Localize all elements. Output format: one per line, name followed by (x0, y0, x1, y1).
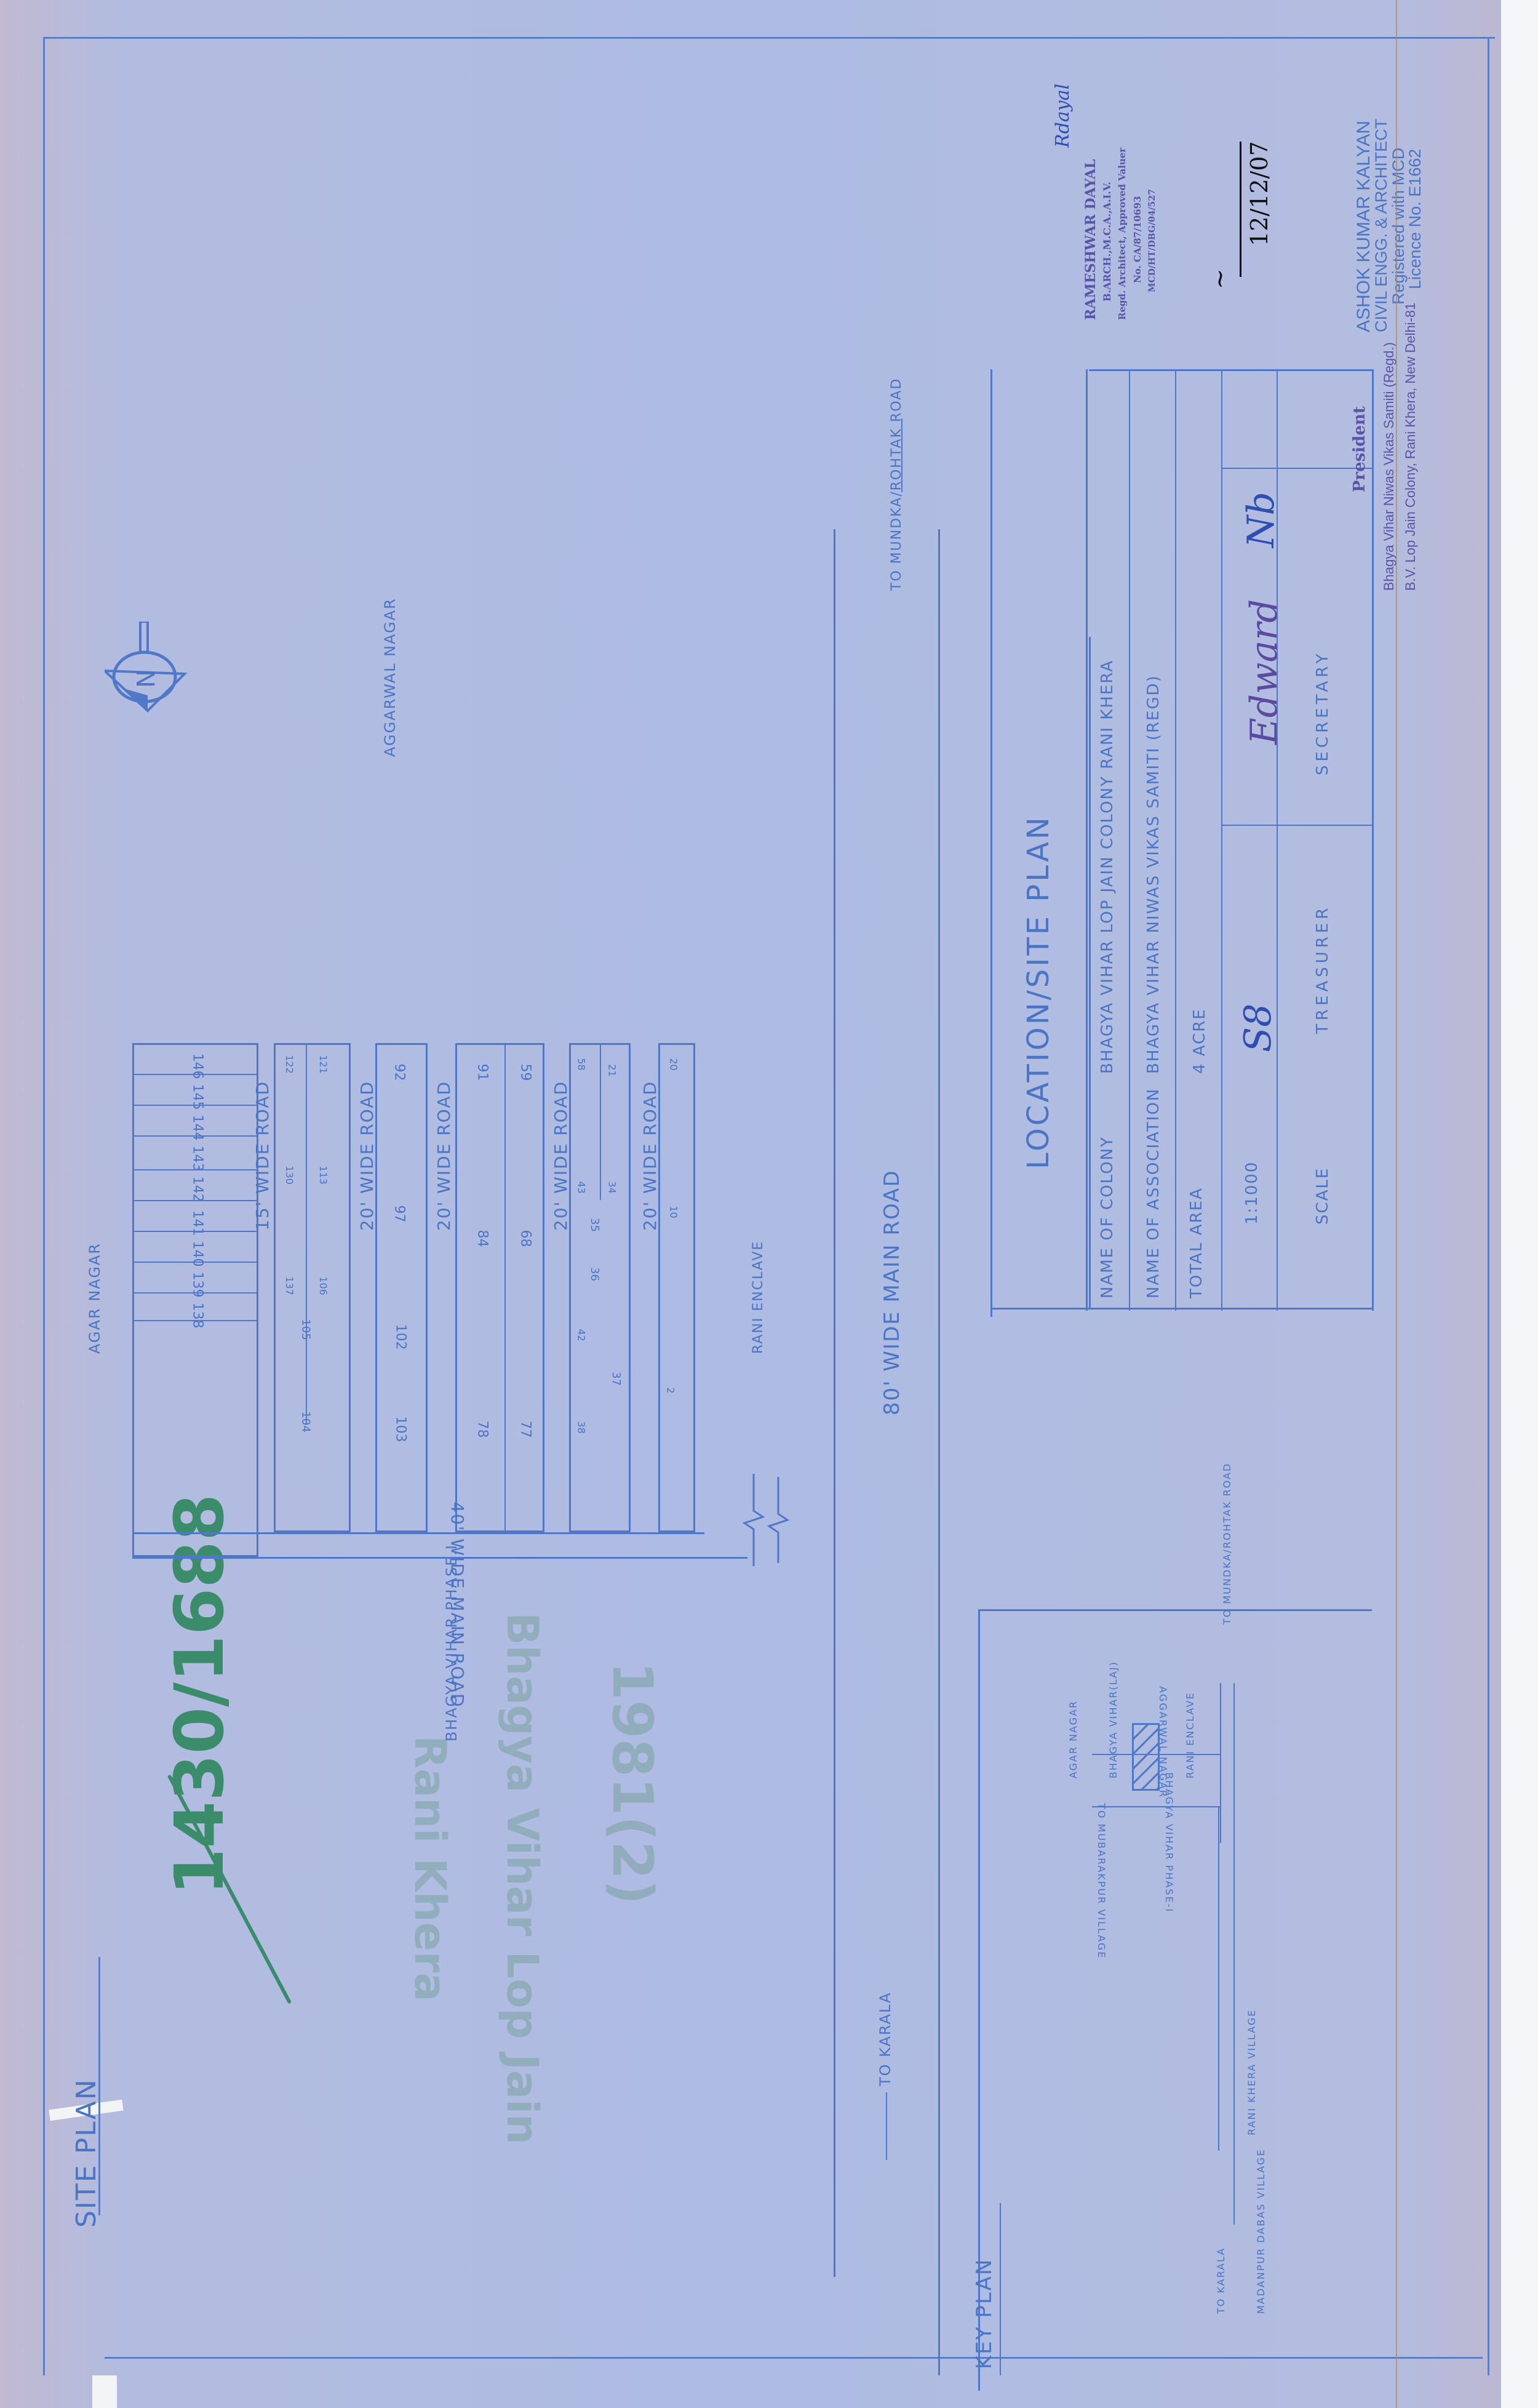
plot-divider (132, 1292, 258, 1294)
plot-number: 42 (576, 1329, 588, 1341)
plot-divider (132, 1074, 258, 1075)
scan-edge (1501, 0, 1538, 2408)
plot-number: 104 (300, 1411, 313, 1432)
plot-number: 21 (607, 1064, 618, 1076)
site-hatched-box (1132, 1723, 1160, 1791)
plot-number: 68 (518, 1230, 533, 1247)
key-plan-underline (1000, 2203, 1001, 2375)
key-label-to-mundka: TO MUNDKA/ROHTAK ROAD (1221, 1463, 1233, 1625)
road-label-to-karala: TO KARALA (877, 1992, 894, 2086)
road-label-20ft: 20' WIDE ROAD (551, 1081, 571, 1231)
area-label-aggarwal-nagar: AGGARWAL NAGAR (381, 598, 399, 757)
break-line-icon (741, 1474, 766, 1566)
plot-number: 137 (284, 1276, 295, 1295)
plot-divider (132, 1200, 258, 1201)
plot-divider (132, 1135, 258, 1137)
plot-number: 105 (300, 1319, 313, 1340)
border-top (43, 37, 1495, 39)
plot-number: 139 (190, 1272, 205, 1298)
key-road (1233, 1683, 1235, 2225)
row-value-colony: BHAGYA VIHAR LOP JAIN COLONY RANI KHERA (1098, 660, 1117, 1074)
plot-number: 84 (475, 1230, 490, 1247)
plot-divider (504, 1043, 506, 1532)
road-edge (834, 1551, 835, 2277)
plot-divider (600, 1043, 601, 1200)
table-border (990, 369, 992, 1317)
key-label-to-karala: TO KARALA (1215, 2247, 1227, 2314)
plot-divider (132, 1320, 258, 1321)
row-label-colony: NAME OF COLONY (1098, 1136, 1117, 1298)
table-col-divider (1089, 637, 1091, 1308)
key-road (1092, 1754, 1221, 1755)
plot-number: 58 (576, 1058, 588, 1070)
president-signature: Nb (1240, 492, 1283, 548)
plot-number: 121 (317, 1055, 329, 1074)
road-edge (132, 1557, 747, 1559)
plot-block-col3 (375, 1043, 428, 1532)
stamp-president: President (1350, 406, 1369, 492)
row-label-scale: SCALE (1313, 1167, 1332, 1225)
stamp-architect2-licence: Licence No. E1662 (1406, 149, 1425, 289)
key-plan-border (978, 1609, 1372, 1611)
plot-number: 138 (190, 1303, 205, 1329)
plot-number: 130 (284, 1166, 295, 1185)
table-border (1089, 369, 1372, 371)
road-label-80ft: 80' WIDE MAIN ROAD (880, 1169, 904, 1415)
road-edge (834, 529, 835, 1551)
table-col-divider (1221, 825, 1372, 826)
stamp-architect1-no: No. CA/87/10693 (1132, 196, 1143, 284)
architect-signature: Rdayal (1052, 84, 1074, 148)
area-label-rani-enclave: RANI ENCLAVE (751, 1241, 766, 1354)
stamp-architect2-title: CIVIL ENGG. & ARCHITECT (1372, 119, 1391, 332)
plot-number: 38 (576, 1421, 588, 1433)
area-label-agar-nagar: AGAR NAGAR (86, 1242, 103, 1354)
stamp-architect1-name: RAMESHWAR DAYAL (1083, 159, 1099, 320)
border-left (43, 37, 45, 2375)
plot-number: 143 (190, 1146, 205, 1172)
plot-number: 91 (475, 1064, 490, 1081)
ghost-annotation: 1981(2) (600, 1662, 664, 1905)
stamp-architect1-degree: B.ARCH.,M.C.A.,A.I.V. (1101, 182, 1113, 302)
plot-number: 103 (393, 1417, 408, 1442)
stamp-architect1-mcd: MCD/HT/DBG/04/527 (1147, 189, 1157, 292)
page-title: SITE PLAN (71, 2078, 102, 2228)
row-label-total-area: TOTAL AREA (1187, 1187, 1206, 1298)
plot-number: 122 (284, 1055, 295, 1074)
plot-number: 140 (190, 1241, 205, 1267)
plot-number: 102 (393, 1324, 408, 1350)
table-border (1086, 369, 1088, 1311)
key-label-rani-khera: RANI KHERA VILLAGE (1246, 2009, 1257, 2135)
plot-divider (132, 1262, 258, 1263)
row-label-association: NAME OF ASSOCIATION (1144, 1088, 1163, 1298)
ghost-annotation: Rani Khera (405, 1735, 455, 2002)
north-label: N (130, 670, 159, 688)
key-road (1220, 1683, 1221, 1843)
stamp-society-name: Bhagya Vihar Niwas Vikas Samiti (Regd.) (1381, 342, 1397, 591)
road-edge (938, 529, 940, 2375)
plot-divider (132, 1169, 258, 1170)
plot-number: 2 (665, 1387, 677, 1393)
key-road (1218, 1806, 1219, 2151)
stamp-architect2-name: ASHOK KUMAR KALYAN (1353, 121, 1374, 332)
fold-line (1396, 0, 1397, 2408)
plot-block-col6 (658, 1043, 695, 1532)
plot-divider (132, 1231, 258, 1232)
plot-number: 35 (588, 1218, 601, 1232)
table-border (1372, 369, 1374, 1311)
north-arrow-icon: N (105, 622, 203, 732)
plot-divider (306, 1043, 307, 1425)
key-label-madanpur: MADANPUR DABAS VILLAGE (1255, 2149, 1267, 2314)
plot-number: 34 (607, 1181, 618, 1193)
key-label-agar-nagar: AGAR NAGAR (1067, 1700, 1079, 1778)
table-row-divider (1129, 369, 1130, 1311)
plot-number: 145 (190, 1084, 205, 1110)
plot-number: 36 (588, 1267, 601, 1281)
plot-number: 10 (668, 1206, 680, 1218)
plot-number: 92 (392, 1064, 407, 1081)
plot-number: 146 (190, 1054, 205, 1079)
plot-number: 77 (518, 1421, 533, 1438)
direction-arrow (901, 418, 902, 492)
plot-number: 59 (518, 1064, 533, 1081)
plot-number: 106 (317, 1276, 329, 1295)
key-road (1092, 1806, 1221, 1807)
signature-date: 12/12/07 (1246, 141, 1273, 246)
signatory-treasurer: TREASURER (1313, 905, 1332, 1034)
signature-line (1240, 142, 1241, 277)
key-label-phase1: BHAGYA VIHAR PHASE-I (1163, 1772, 1175, 1913)
plot-number: 37 (610, 1372, 623, 1386)
key-label-rani-enclave: RANI ENCLAVE (1184, 1692, 1196, 1778)
title-underline (98, 1957, 100, 2215)
plot-number: 144 (190, 1115, 205, 1141)
treasurer-signature: S8 (1237, 1004, 1280, 1052)
plot-divider (132, 1105, 258, 1106)
plot-number: 43 (576, 1181, 588, 1193)
row-value-scale: 1:1000 (1243, 1161, 1261, 1225)
table-border (990, 1308, 1372, 1310)
ghost-annotation: Bhagya Vihar Lop Jain (497, 1612, 548, 2145)
road-edge (132, 1532, 704, 1534)
road-label-20ft: 20' WIDE ROAD (640, 1081, 660, 1231)
road-label-40ft: 40' WIDE MAIN ROAD (447, 1502, 468, 1708)
table-col-divider (1221, 468, 1372, 469)
date-signature: ~ (1206, 268, 1234, 289)
road-label-20ft: 20' WIDE ROAD (434, 1081, 454, 1231)
plot-number: 142 (190, 1177, 205, 1202)
plot-number: 113 (317, 1166, 329, 1185)
border-right (1488, 37, 1489, 2375)
paper-tear (92, 2375, 117, 2408)
direction-arrow (886, 2092, 887, 2160)
row-value-total-area: 4 ACRE (1190, 1008, 1209, 1074)
key-label-mubarakpur: TO MUBARAKPUR VILLAGE (1096, 1803, 1107, 1959)
plot-block-col4 (455, 1043, 544, 1532)
table-row-divider (1221, 369, 1222, 1311)
border-bottom (105, 2357, 1483, 2359)
row-value-association: BHAGYA VIHAR NIWAS VIKAS SAMITI (REGD) (1144, 674, 1163, 1074)
signatory-secretary: SECRETARY (1313, 650, 1332, 775)
road-label-20ft: 20' WIDE ROAD (357, 1081, 377, 1231)
road-label-15ft: 15' WIDE ROAD (252, 1081, 273, 1231)
table-row-divider (1175, 369, 1176, 1311)
plot-number: 78 (475, 1421, 490, 1438)
key-plan-title: KEY PLAN (972, 2258, 997, 2369)
stamp-society-address: B.V. Lop Jain Colony, Rani Khera, New De… (1403, 303, 1419, 591)
table-heading: LOCATION/SITE PLAN (1021, 815, 1056, 1169)
stamp-architect1-reg: Regd. Architect, Approved Valuer (1117, 148, 1128, 320)
plot-number: 20 (668, 1058, 680, 1070)
key-label-bhagya: BHAGYA VIHAR(LAJ) (1107, 1661, 1119, 1778)
plot-number: 141 (190, 1210, 205, 1236)
secretary-signature: Edward (1243, 599, 1286, 745)
plot-number: 97 (392, 1206, 407, 1223)
break-line-icon (766, 1477, 791, 1563)
